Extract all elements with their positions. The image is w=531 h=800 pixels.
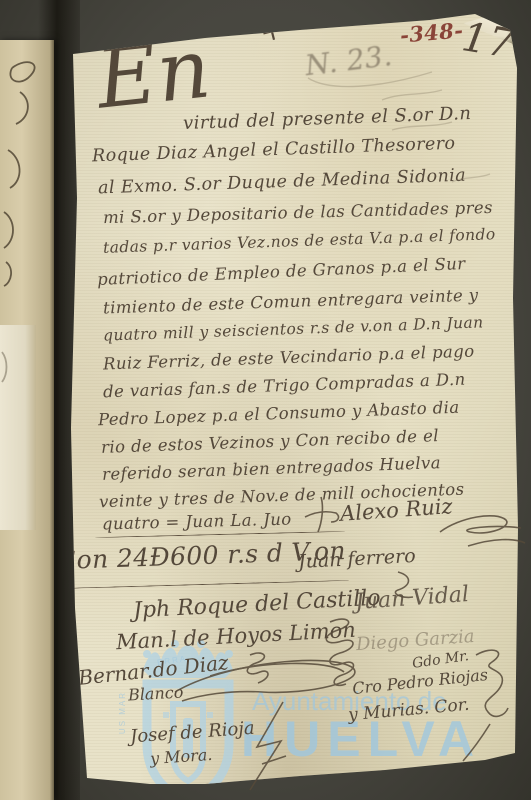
- amount-rule-bottom: [57, 580, 349, 589]
- body-line-13: referido seran bien entregados Huelva: [102, 453, 441, 484]
- body-line-6: patriotico de Empleo de Granos p.a el Su…: [97, 254, 466, 289]
- adjacent-page-sliver: [0, 325, 36, 530]
- body-line-9: Ruiz Ferriz, de este Vecindario p.a el p…: [103, 342, 475, 374]
- body-line-3: al Exmo. S.or Duque de Medina Sidonia: [98, 166, 467, 199]
- body-line-2: Roque Diaz Angel el Castillo Thesorero: [92, 134, 456, 167]
- body-line-12: rio de estos Vezinos y Con recibo de el: [101, 426, 439, 457]
- watermark-ring-text-left: US MAR: [118, 691, 127, 734]
- manuscript-page: + N. 23. -348- 17 ERRA US MAR Ayuntamien…: [55, 8, 521, 792]
- page-number: 17: [459, 14, 517, 68]
- signature-y-mora: y Mora.: [149, 745, 213, 768]
- archive-scan: { "doc": { "top_marks": { "cross": "+", …: [0, 0, 531, 800]
- signature-josef-de-rioja: Josef de Rioja: [129, 718, 255, 748]
- body-line-15: quatro = Juan La. Juo: [102, 510, 292, 534]
- body-line-11: Pedro Lopez p.a el Consumo y Abasto dia: [98, 398, 460, 430]
- body-line-5: tadas p.r varios Vez.nos de esta V.a p.a…: [103, 225, 496, 257]
- signature-juan-ferrero: Juan ferrero: [298, 545, 417, 573]
- cross-mark: +: [256, 12, 287, 50]
- body-line-4: mi S.or y Depositario de las Cantidades …: [103, 198, 493, 227]
- body-line-7: timiento de este Comun entregara veinte …: [103, 285, 479, 317]
- signature-hoyos-limon: Man.l de Hoyos Limon: [116, 618, 357, 655]
- body-line-10: de varias fan.s de Trigo Compradas a D.n: [103, 370, 466, 402]
- signature-diaz-blanco-2: Blanco: [128, 683, 184, 705]
- folio-number: -348-: [399, 17, 464, 47]
- document-number: N. 23.: [303, 39, 394, 82]
- opening-initial: En: [93, 28, 214, 121]
- body-line-8: quatro mill y seiscientos r.s de v.on a …: [103, 313, 484, 344]
- body-line-1: virtud del presente el S.or D.n: [183, 103, 472, 134]
